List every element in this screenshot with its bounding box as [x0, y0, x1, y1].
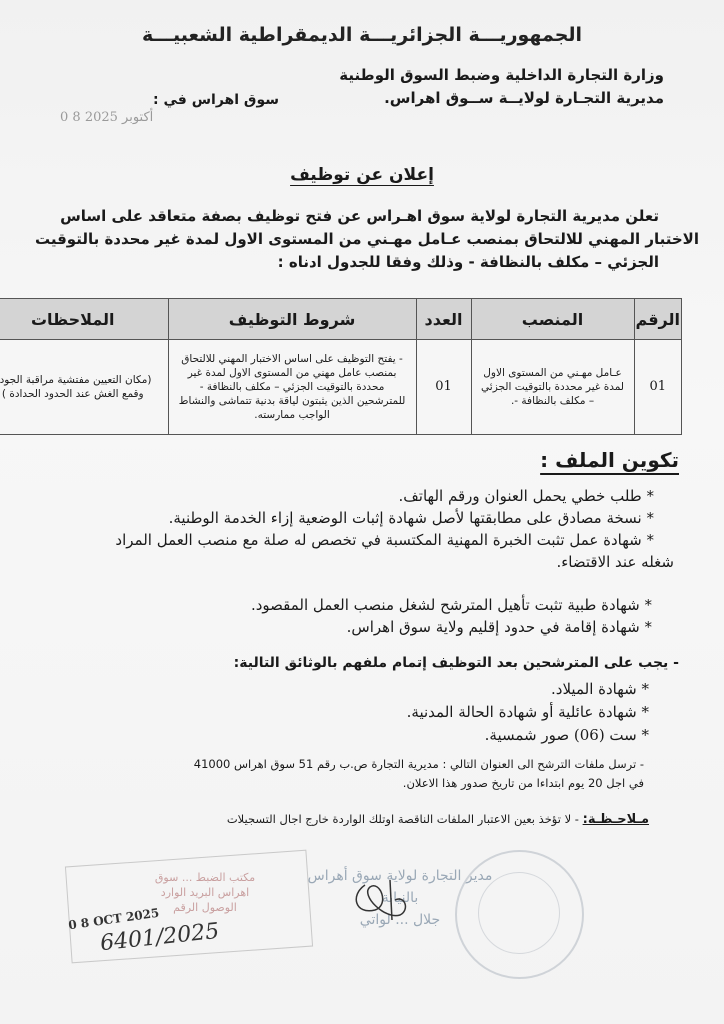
send-line: - ترسل ملفات الترشح الى العنوان التالي :…	[194, 755, 644, 774]
signature-icon	[345, 875, 415, 925]
list-item: * ست (06) صور شمسية.	[407, 724, 649, 747]
header-remarks: الملاحظات	[0, 299, 168, 340]
intro-paragraph: تعلن مديرية التجارة لولاية سوق اهـراس عن…	[0, 205, 699, 274]
list-item-continuation: شغله عند الاقتضاء.	[115, 551, 674, 573]
header-number: الرقم	[634, 299, 681, 340]
cell-position: عـامل مهـني من المستوى الاول لمدة غير مح…	[471, 340, 634, 435]
directorate-name: مديرية التجـارة لولايــة ســوق اهراس.	[339, 87, 664, 110]
ministry-block: وزارة التجارة الداخلية وضبط السوق الوطني…	[339, 64, 664, 110]
cell-conditions: - يفتح التوظيف على اساس الاختبار المهني …	[168, 340, 416, 435]
seal-emblem-icon	[478, 872, 560, 954]
after-hire-list: * شهادة الميلاد. * شهادة عائلية أو شهادة…	[407, 678, 649, 747]
intro-line: تعلن مديرية التجارة لولاية سوق اهـراس عن…	[0, 205, 699, 228]
cell-number: 01	[634, 340, 681, 435]
file-section-title-text: تكوين الملف :	[540, 448, 679, 472]
file-section-title: تكوين الملف :	[540, 448, 679, 472]
cell-count: 01	[416, 340, 471, 435]
intro-line: الاختبار المهني للالتحاق بمنصب عـامل مهـ…	[0, 228, 699, 251]
table-header-row: الرقم المنصب العدد شروط التوظيف الملاحظا…	[0, 299, 682, 340]
header-position: المنصب	[471, 299, 634, 340]
note-text: - لا تؤخذ بعين الاعتبار الملفات الناقصة …	[227, 812, 583, 826]
jobs-table: الرقم المنصب العدد شروط التوظيف الملاحظا…	[0, 298, 682, 435]
list-item: * شهادة الميلاد.	[407, 678, 649, 701]
ministry-name: وزارة التجارة الداخلية وضبط السوق الوطني…	[339, 64, 664, 87]
page-title: إعلان عن توظيف	[0, 165, 724, 185]
after-hire-label: - يجب على المترشحين بعد التوظيف إتمام مل…	[234, 655, 679, 671]
intro-line: الجزئي – مكلف بالنظافة - وذلك وفقا للجدو…	[0, 251, 699, 274]
note: مـلاحـظـة: - لا تؤخذ بعين الاعتبار الملف…	[227, 812, 649, 827]
list-item: * نسخة مصادق على مطابقتها لأصل شهادة إثب…	[115, 507, 654, 529]
file-requirements-list-2: * شهادة طبية تثبت تأهيل المترشح لشغل منص…	[251, 594, 652, 638]
header-conditions: شروط التوظيف	[168, 299, 416, 340]
list-item: * شهادة عمل تثبت الخبرة المهنية المكتسبة…	[115, 529, 654, 551]
list-item: * طلب خطي يحمل العنوان ورقم الهاتف.	[115, 485, 654, 507]
scanned-page: الجمهوريـــة الجزائريـــة الديمقراطية ال…	[0, 0, 724, 1024]
place-date-label: سوق اهراس في :	[153, 92, 279, 108]
republic-header: الجمهوريـــة الجزائريـــة الديمقراطية ال…	[0, 24, 724, 46]
header-count: العدد	[416, 299, 471, 340]
list-item: * شهادة إقامة في حدود إقليم ولاية سوق اه…	[251, 616, 652, 638]
table-row: 01 عـامل مهـني من المستوى الاول لمدة غير…	[0, 340, 682, 435]
list-item: * شهادة طبية تثبت تأهيل المترشح لشغل منص…	[251, 594, 652, 616]
date-stamp: 0 8 أكتوبر 2025	[60, 110, 153, 125]
list-item: * شهادة عائلية أو شهادة الحالة المدنية.	[407, 701, 649, 724]
send-line: في اجل 20 يوم ابتداءا من تاريخ صدور هذا …	[194, 774, 644, 793]
send-instructions: - ترسل ملفات الترشح الى العنوان التالي :…	[194, 755, 644, 793]
file-requirements-list: * طلب خطي يحمل العنوان ورقم الهاتف. * نس…	[115, 485, 654, 573]
note-label: مـلاحـظـة:	[583, 812, 649, 827]
cell-remarks: (مكان التعيين مفتشية مراقبة الجودة وقمع …	[0, 340, 168, 435]
title-text: إعلان عن توظيف	[290, 165, 434, 185]
received-stamp-text: مكتب الضبط ... سوق اهراس البريد الوارد ا…	[150, 870, 260, 915]
